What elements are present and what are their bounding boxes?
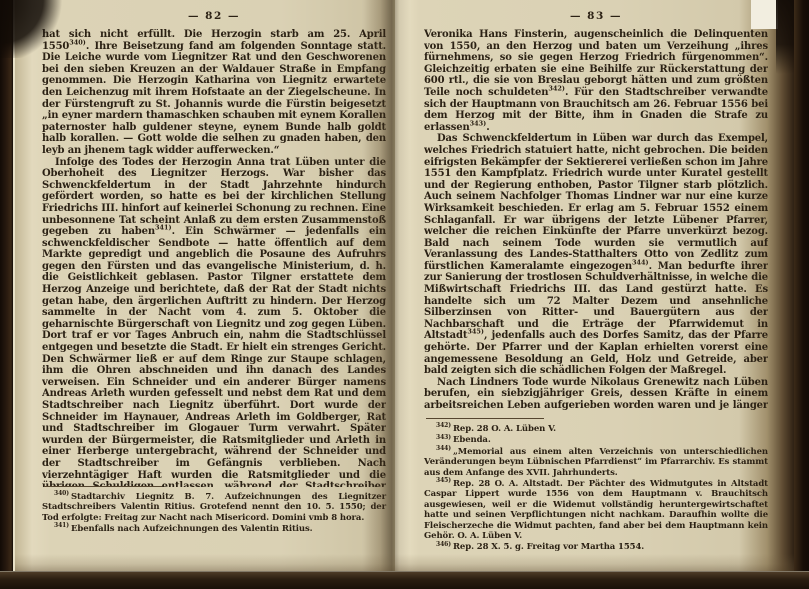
footnote-marker: 343) — [436, 434, 451, 441]
page-83-footnotes: 342)Rep. 28 O. A. Lüben V. 343)Ebenda. 3… — [424, 418, 768, 554]
footnote-text: Rep. 28 X. 5. g. Freitag vor Martha 1554… — [453, 542, 644, 552]
footnote-text: „Memorial aus einem alten Verzeichnis vo… — [424, 447, 768, 478]
footnote-reference: 342) — [548, 85, 565, 93]
page-bottom-shadow — [13, 554, 795, 572]
book-edge-left — [0, 0, 15, 589]
footnote: 341)Ebenfalls nach Aufzeichnungen des Va… — [42, 524, 386, 534]
footnote-marker: 340) — [54, 490, 69, 497]
page-83-body-text: Veronika Hans Finsterin, augenscheinlich… — [424, 29, 768, 411]
paper-edge-top-right — [751, 0, 778, 29]
footnote-text: Stadtarchiv Liegnitz B. 7. Aufzeichnunge… — [42, 492, 386, 523]
footnote-marker: 346) — [436, 541, 451, 548]
footnote: 344)„Memorial aus einem alten Verzeichni… — [424, 447, 768, 478]
footnote: 345)Rep. 28 O. A. Altstadt. Der Pächter … — [424, 479, 768, 541]
page-82-content: — 82 — hat sich nicht erfüllt. Die Herzo… — [42, 10, 386, 487]
footnote-text: Ebenfalls nach Aufzeichnungen des Valent… — [71, 524, 313, 534]
paragraph: hat sich nicht erfüllt. Die Herzogin sta… — [42, 29, 386, 157]
footnote-marker: 344) — [436, 445, 451, 452]
footnote-text: Rep. 28 O. A. Lüben V. — [453, 424, 556, 434]
page-82: — 82 — hat sich nicht erfüllt. Die Herzo… — [13, 0, 395, 572]
paragraph: Veronika Hans Finsterin, augenscheinlich… — [424, 29, 768, 133]
footnote-rule — [426, 418, 544, 419]
spine-shadow — [362, 0, 410, 572]
book-edge-bottom — [0, 571, 809, 589]
footnote: 340)Stadtarchiv Liegnitz B. 7. Aufzeichn… — [42, 492, 386, 523]
book-edge-right — [794, 0, 809, 589]
footnote-marker: 341) — [54, 522, 69, 529]
paragraph: Das Schwenckfeldertum in Lüben war durch… — [424, 133, 768, 376]
footnote-reference: 345) — [467, 328, 484, 336]
footnote-rule — [44, 486, 162, 487]
footnote-marker: 345) — [436, 477, 451, 484]
page-82-body-text: hat sich nicht erfüllt. Die Herzogin sta… — [42, 29, 386, 487]
paragraph: Nach Lindners Tode wurde Nikolaus Grenew… — [424, 377, 768, 411]
page-83-number: — 83 — — [424, 10, 768, 22]
footnote-text: Rep. 28 O. A. Altstadt. Der Pächter des … — [424, 479, 768, 541]
footnote: 346)Rep. 28 X. 5. g. Freitag vor Martha … — [424, 542, 768, 552]
page-83: — 83 — Veronika Hans Finsterin, augensch… — [395, 0, 795, 572]
footnote: 342)Rep. 28 O. A. Lüben V. — [424, 424, 768, 434]
photo-corner-top-left — [0, 0, 64, 58]
footnote-reference: 343) — [470, 119, 487, 127]
footnote-text: Ebenda. — [453, 435, 491, 445]
footnote-reference: 341) — [155, 224, 172, 232]
footnote: 343)Ebenda. — [424, 435, 768, 445]
footnote-reference: 344) — [632, 259, 649, 267]
paragraph: Infolge des Todes der Herzogin Anna trat… — [42, 157, 386, 487]
page-82-footnotes: 340)Stadtarchiv Liegnitz B. 7. Aufzeichn… — [42, 486, 386, 536]
footnote-marker: 342) — [436, 422, 451, 429]
footnote-reference: 340) — [69, 38, 86, 46]
page-82-number: — 82 — — [42, 10, 386, 22]
book-photo: — 82 — hat sich nicht erfüllt. Die Herzo… — [0, 0, 809, 589]
page-83-content: — 83 — Veronika Hans Finsterin, augensch… — [424, 10, 768, 411]
